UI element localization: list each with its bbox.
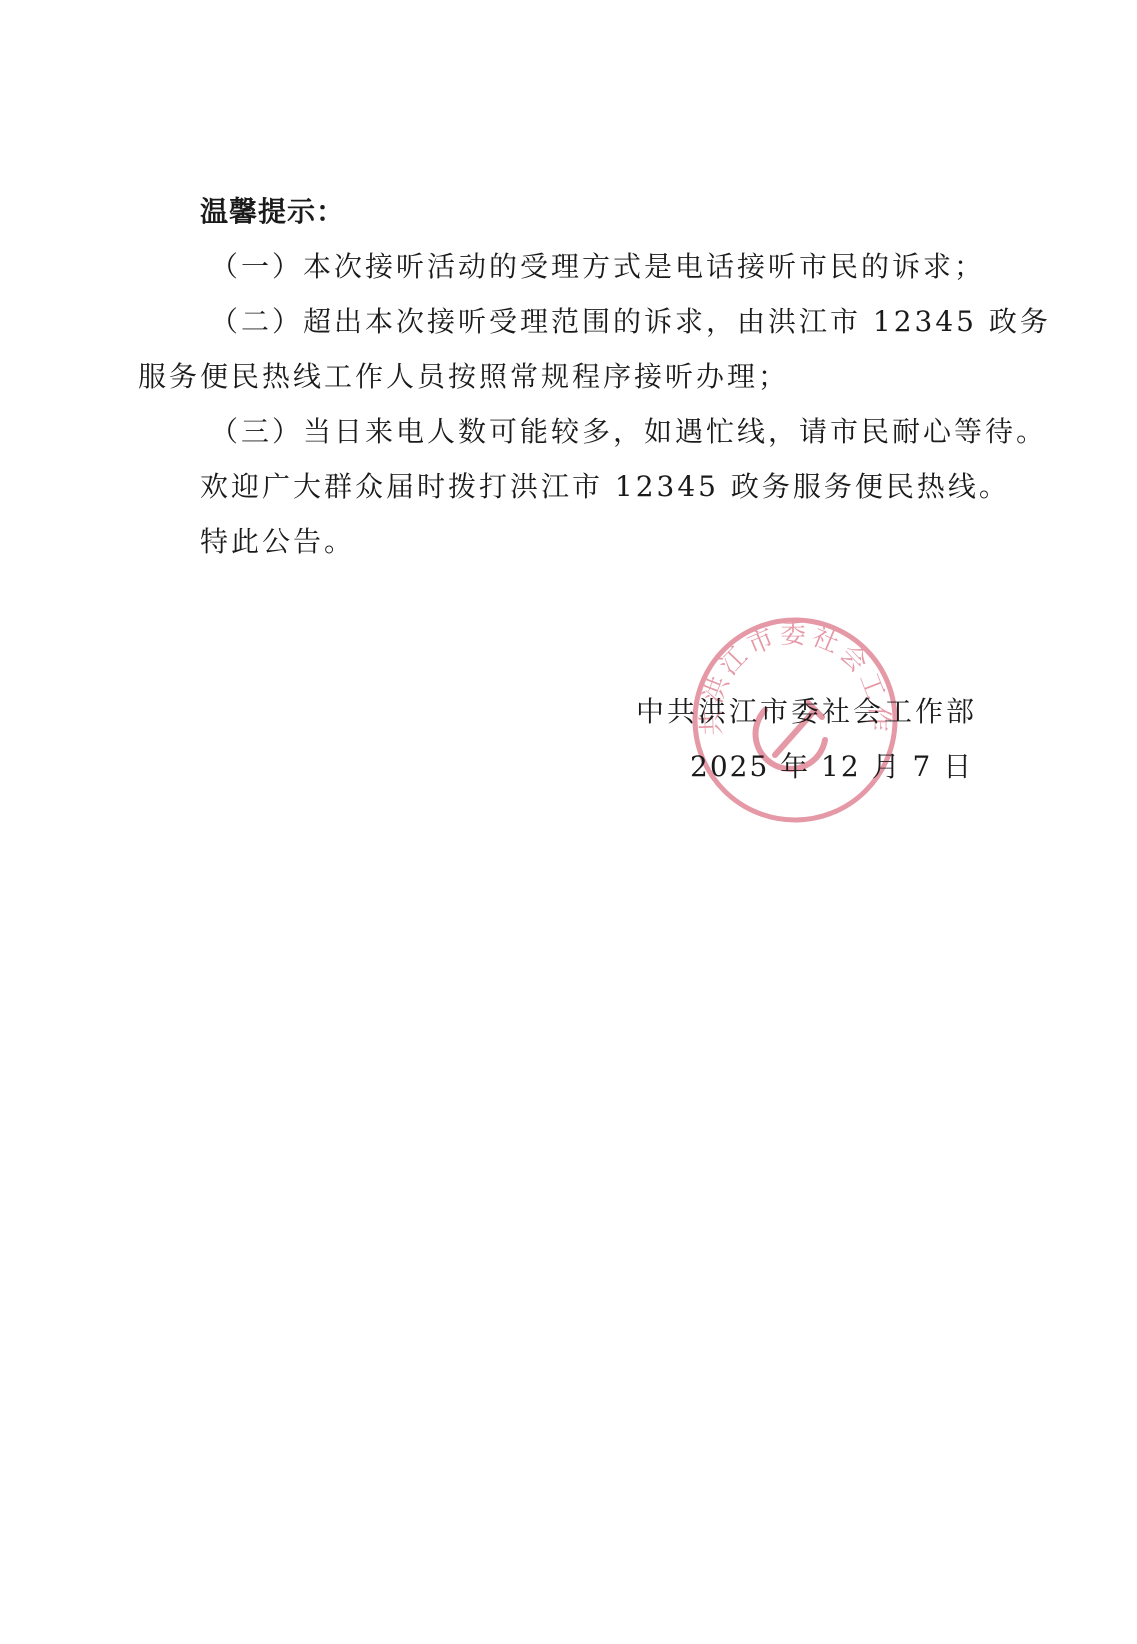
paragraph-item-2: （二）超出本次接听受理范围的诉求，由洪江市 12345 政务	[210, 304, 1051, 340]
welcome-paragraph: 欢迎广大群众届时拨打洪江市 12345 政务服务便民热线。	[200, 469, 1010, 505]
document-page: 温馨提示： （一）本次接听活动的受理方式是电话接听市民的诉求； （二）超出本次接…	[0, 0, 1137, 1644]
notice-heading: 温馨提示：	[200, 194, 345, 230]
closing-paragraph: 特此公告。	[200, 524, 355, 560]
paragraph-item-2-continued: 服务便民热线工作人员按照常规程序接听办理；	[138, 359, 789, 395]
paragraph-item-3: （三）当日来电人数可能较多，如遇忙线，请市民耐心等待。	[210, 414, 1047, 450]
paragraph-item-1: （一）本次接听活动的受理方式是电话接听市民的诉求；	[210, 249, 985, 285]
signature-date: 2025 年 12 月 7 日	[690, 749, 973, 785]
signature-organization: 中共洪江市委社会工作部	[636, 694, 977, 730]
